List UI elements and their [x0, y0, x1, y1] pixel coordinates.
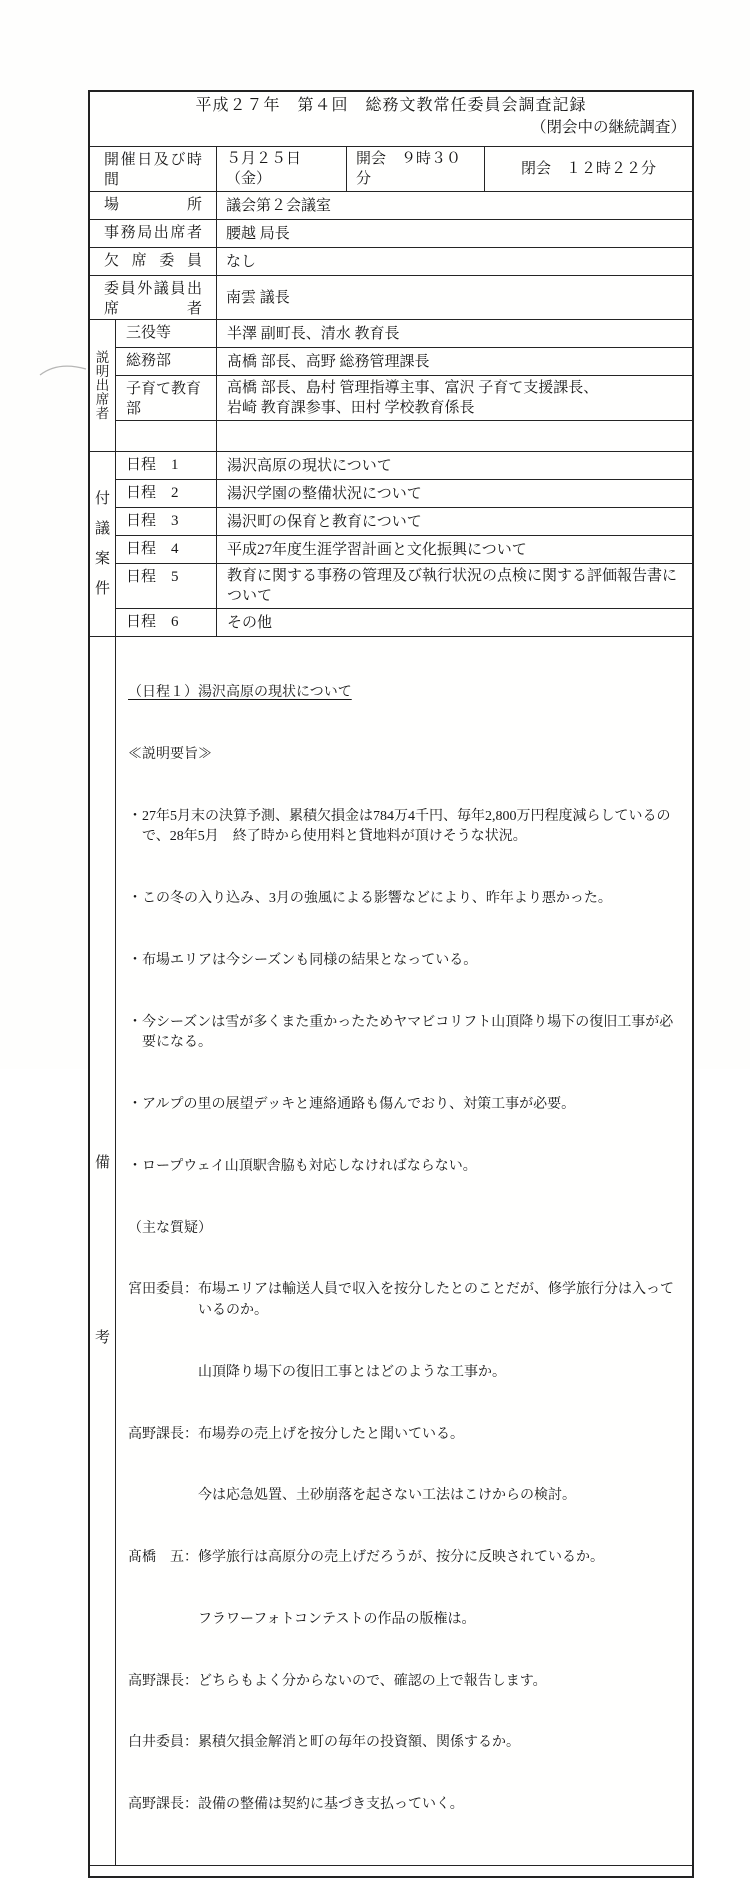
group-char: 付 [95, 492, 110, 507]
qa-line: 高野課長：布場券の売上げを按分したと聞いている。 [128, 1425, 684, 1446]
table-row: 三役等 半澤 副町長、清水 教育長 [116, 320, 692, 348]
table-row: 日程 4 平成27年度生涯学習計画と文化振興について [116, 536, 692, 564]
summary-bullet: ・この冬の入り込み、3月の強風による影響などにより、昨年より悪かった。 [128, 889, 684, 910]
agenda-item-title: 湯沢高原の現状について [217, 452, 692, 479]
table-row: 日程 1 湯沢高原の現状について [116, 452, 692, 480]
row-datetime: 開催日及び時間 ５月２５日（金） 開会 ９時３０分 閉会 １２時２２分 [90, 147, 692, 192]
group-char: 出 [96, 379, 110, 393]
agenda-item-title: 湯沢町の保育と教育について [217, 508, 692, 535]
absent-value: なし [217, 248, 692, 275]
agenda-group-label: 付 議 案 件 [90, 452, 116, 636]
group-char: 件 [95, 582, 110, 597]
datetime-label: 開催日及び時間 [90, 147, 217, 191]
agenda-item-label: 日程 6 [116, 609, 217, 636]
meeting-date: ５月２５日（金） [217, 147, 347, 191]
summary-bullet: ・ロープウェイ山頂駅舎脇も対応しなければならない。 [128, 1157, 684, 1178]
explainer-role-label: 三役等 [116, 320, 217, 347]
row-nonmember: 委員外議員出席者 南雲 議長 [90, 276, 692, 320]
remarks-body: （日程１）湯沢高原の現状について ≪説明要旨≫ ・27年5月末の決算予測、累積欠… [116, 637, 692, 1865]
explainer-names [217, 421, 692, 451]
table-row: 日程 5 教育に関する事務の管理及び執行状況の点検に関する評価報告書について [116, 564, 692, 609]
agenda-item-title: その他 [217, 609, 692, 636]
bottom-strip [90, 1866, 692, 1876]
qa-line: 髙橋 五：修学旅行は高原分の売上げだろうが、按分に反映されているか。 [128, 1548, 684, 1569]
group-char: 者 [96, 407, 110, 421]
qa-continuation: 山頂降り場下の復旧工事とはどのような工事か。 [128, 1363, 684, 1384]
scanned-page: 平成２７年 第４回 総務文教常任委員会調査記録 （閉会中の継続調査） 開催日及び… [0, 0, 750, 1069]
nonmember-value: 南雲 議長 [217, 276, 692, 319]
place-label: 場所 [90, 192, 217, 219]
section-explainers: 説 明 出 席 者 三役等 半澤 副町長、清水 教育長 総務部 髙橋 部長、高野… [90, 320, 692, 452]
absent-label: 欠席委員 [90, 248, 217, 275]
explainer-names: 半澤 副町長、清水 教育長 [217, 320, 692, 347]
explainer-role-label [116, 421, 217, 451]
agenda-item-title: 湯沢学園の整備状況について [217, 480, 692, 507]
scan-artifact-stroke [38, 358, 92, 384]
qa-label: （主な質疑） [128, 1219, 684, 1240]
explainer-role-label: 総務部 [116, 348, 217, 375]
place-value: 議会第２会議室 [217, 192, 692, 219]
row-place: 場所 議会第２会議室 [90, 192, 692, 220]
document-title: 平成２７年 第４回 総務文教常任委員会調査記録 [94, 94, 688, 117]
qa-continuation: フラワーフォトコンテストの作品の版権は。 [128, 1610, 684, 1631]
group-char: 説 [96, 351, 110, 365]
agenda-item-title: 平成27年度生涯学習計画と文化振興について [217, 536, 692, 563]
agenda-rows: 日程 1 湯沢高原の現状について 日程 2 湯沢学園の整備状況について 日程 3… [116, 452, 692, 636]
qa-continuation: 今は応急処置、土砂崩落を起さない工法はこけからの検討。 [128, 1486, 684, 1507]
section-agenda: 付 議 案 件 日程 1 湯沢高原の現状について 日程 2 湯沢学園の整備状況に… [90, 452, 692, 637]
remarks-group-label: 備 考 [90, 637, 116, 1865]
explainer-role-label: 子育て教育部 [116, 376, 217, 420]
table-row-empty [116, 421, 692, 451]
row-absent: 欠席委員 なし [90, 248, 692, 276]
table-row: 子育て教育部 高橋 部長、島村 管理指導主事、富沢 子育て支援課長、 岩崎 教育… [116, 376, 692, 421]
explainers-group-label: 説 明 出 席 者 [90, 320, 116, 451]
group-char: 議 [95, 522, 110, 537]
section-remarks: 備 考 （日程１）湯沢高原の現状について ≪説明要旨≫ ・27年5月末の決算予測… [90, 637, 692, 1866]
summary-bullet: ・アルプの里の展望デッキと連絡通路も傷んでおり、対策工事が必要。 [128, 1095, 684, 1116]
table-row: 日程 6 その他 [116, 609, 692, 636]
qa-line: 高野課長：設備の整備は契約に基づき支払っていく。 [128, 1795, 684, 1816]
close-time: 閉会 １２時２２分 [485, 147, 692, 191]
nonmember-label: 委員外議員出席者 [90, 276, 217, 319]
meeting-record-table: 平成２７年 第４回 総務文教常任委員会調査記録 （閉会中の継続調査） 開催日及び… [88, 90, 694, 1878]
explainer-names: 髙橋 部長、高野 総務管理課長 [217, 348, 692, 375]
group-char: 備 [95, 1156, 110, 1171]
table-row: 日程 2 湯沢学園の整備状況について [116, 480, 692, 508]
document-subtitle: （閉会中の継続調査） [94, 117, 688, 139]
explainer-names: 高橋 部長、島村 管理指導主事、富沢 子育て支援課長、 岩崎 教育課参事、田村 … [217, 376, 692, 420]
row-secretariat: 事務局出席者 腰越 局長 [90, 220, 692, 248]
table-row: 日程 3 湯沢町の保育と教育について [116, 508, 692, 536]
agenda-item-label: 日程 3 [116, 508, 217, 535]
agenda-item-title: 教育に関する事務の管理及び執行状況の点検に関する評価報告書について [217, 564, 692, 608]
group-char: 席 [96, 393, 110, 407]
title-row: 平成２７年 第４回 総務文教常任委員会調査記録 （閉会中の継続調査） [90, 92, 692, 147]
qa-line: 高野課長：どちらもよく分からないので、確認の上で報告します。 [128, 1672, 684, 1693]
agenda-item-label: 日程 2 [116, 480, 217, 507]
qa-line: 白井委員：累積欠損金解消と町の毎年の投資額、関係するか。 [128, 1733, 684, 1754]
agenda-item-label: 日程 1 [116, 452, 217, 479]
secretariat-label: 事務局出席者 [90, 220, 217, 247]
explainers-rows: 三役等 半澤 副町長、清水 教育長 総務部 髙橋 部長、高野 総務管理課長 子育… [116, 320, 692, 451]
agenda-item-label: 日程 4 [116, 536, 217, 563]
remarks-heading: （日程１）湯沢高原の現状について [128, 683, 684, 704]
group-char: 案 [95, 552, 110, 567]
summary-label: ≪説明要旨≫ [128, 745, 684, 766]
group-char: 明 [96, 365, 110, 379]
agenda-item-label: 日程 5 [116, 564, 217, 608]
summary-bullet: ・27年5月末の決算予測、累積欠損金は784万4千円、毎年2,800万円程度減ら… [128, 807, 684, 848]
secretariat-value: 腰越 局長 [217, 220, 692, 247]
open-time: 開会 ９時３０分 [347, 147, 485, 191]
table-row: 総務部 髙橋 部長、高野 総務管理課長 [116, 348, 692, 376]
summary-bullet: ・布場エリアは今シーズンも同様の結果となっている。 [128, 951, 684, 972]
summary-bullet: ・今シーズンは雪が多くまた重かったためヤマビコリフト山頂降り場下の復旧工事が必要… [128, 1013, 684, 1054]
group-char: 考 [95, 1331, 110, 1346]
qa-line: 宮田委員：布場エリアは輸送人員で収入を按分したとのことだが、修学旅行分は入ってい… [128, 1280, 684, 1321]
